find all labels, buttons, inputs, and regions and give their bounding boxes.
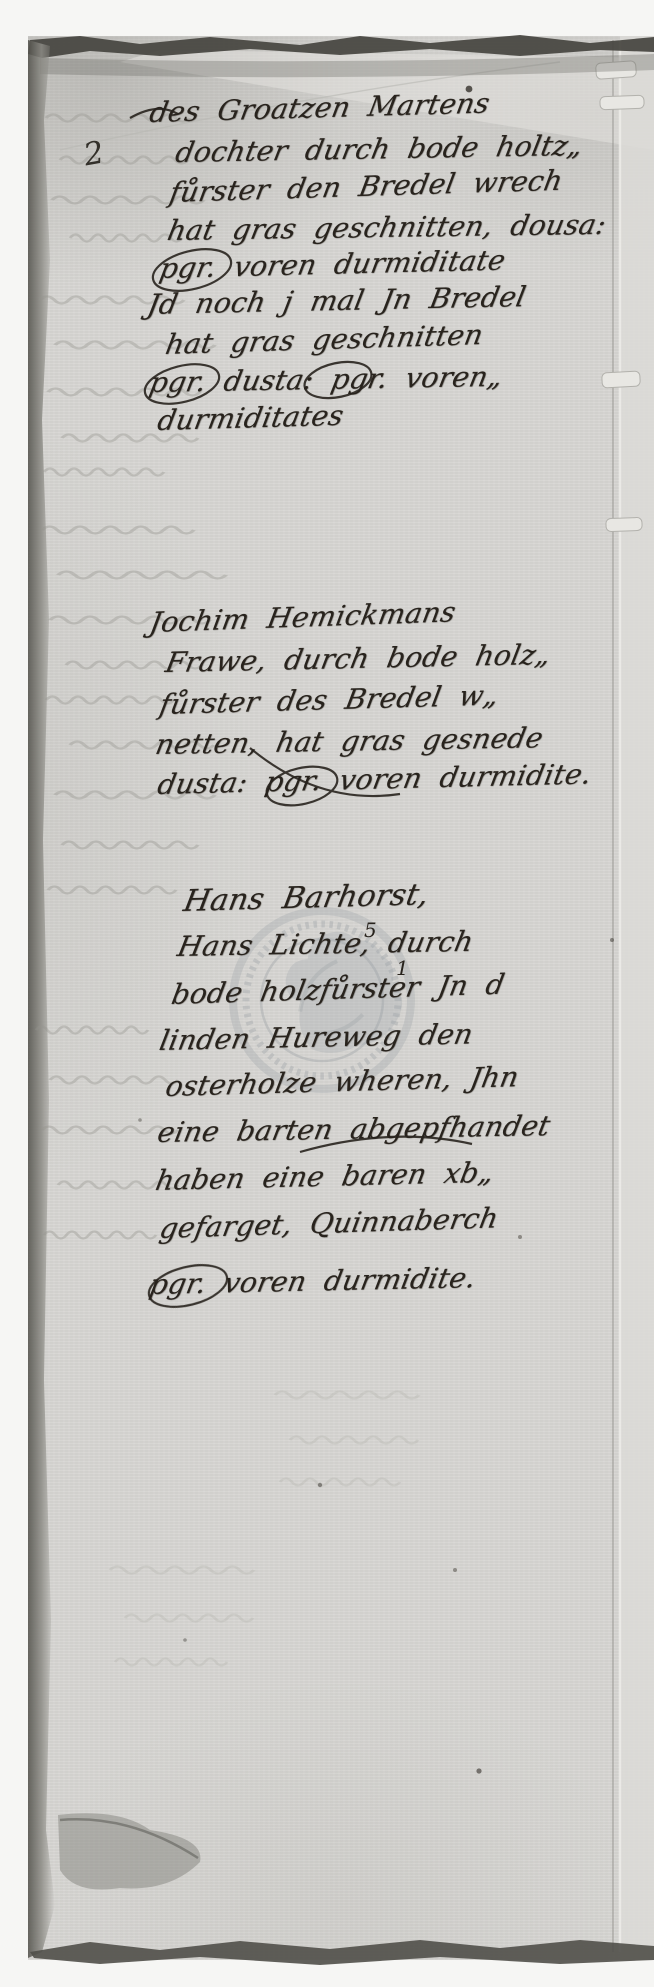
torn-edge-left: [28, 40, 55, 1958]
underlying-sheet-edge: [620, 36, 654, 1960]
handwriting-line: eine barten abgepfhandet: [155, 1109, 553, 1149]
manuscript-scan: 2 des Groatzen Martens dochter durch bod…: [0, 0, 654, 1987]
handwriting-line: durmiditates: [155, 399, 346, 437]
torn-edge-bottom: [30, 1940, 654, 1965]
handwriting-line: linden Hureweg den: [157, 1017, 476, 1057]
handwriting-line: Hans Lichte, durch: [175, 925, 476, 963]
handwriting-line: netten, hat gras gesnede: [153, 721, 546, 761]
handwriting-line: pgr. dusta: pgr. voren„: [147, 360, 506, 399]
insert-mark: 5: [364, 918, 377, 942]
torn-edge-top: [28, 35, 654, 58]
handwriting-line: Hans Barhorst,: [181, 877, 432, 919]
insert-mark: 1: [396, 956, 409, 980]
handwriting-line: pgr. voren durmidite.: [147, 1261, 479, 1301]
bleedthrough-ghost-writing-faint: [110, 1392, 419, 1666]
damage-notch: [58, 1813, 200, 1889]
handwriting-line: hat gras geschnitten, dousa:: [165, 208, 609, 247]
